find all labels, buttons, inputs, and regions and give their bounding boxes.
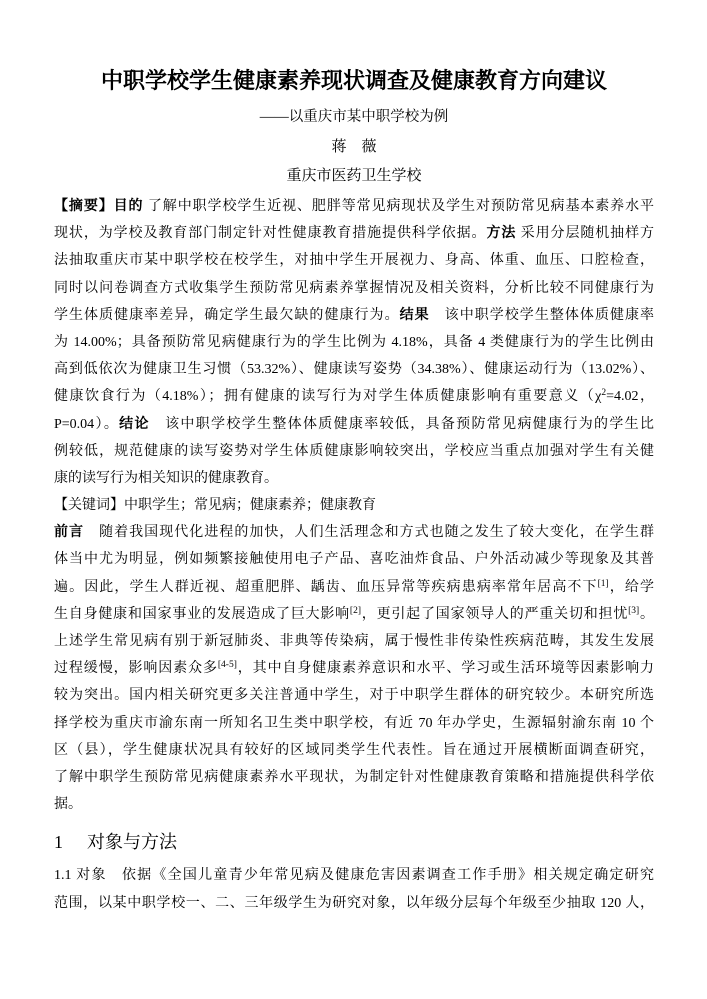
keywords-line: 【关键词】中职学生；常见病；健康素养；健康教育 [54,492,654,519]
text-line: 上述学生常见病有别于新冠肺炎、非典等传染病，属于慢性非传染性疾病范畴，其发生发展 [54,628,654,655]
text-line: 健康饮食行为（4.18%）；拥有健康的读写行为对学生体质健康影响有重要意义（χ2… [54,383,654,410]
text-run: ，更引起了国家领导人的严重关切和担忧 [361,607,628,622]
superscript-ref: [2] [350,606,361,616]
text-line: P=0.04）。结论 该中职学校学生整体体质健康率较低，具备预防常见病健康行为的… [54,411,654,438]
bold-label: 结果 [400,308,430,323]
text-line: 为 14.00%；具备预防常见病健康行为的学生比例为 4.18%，具备 4 类健… [54,329,654,356]
text-line: 择学校为重庆市渝东南一所知名卫生类中职学校，有近 70 年办学史，生源辐射渝东南… [54,710,654,737]
text-run: 上述学生常见病有别于新冠肺炎、非典等传染病，属于慢性非传染性疾病范畴，其发生发展 [54,634,654,649]
section-number: 1 [54,832,63,852]
text-run: 了解中职学生预防常见病健康素养水平现状，为制定针对性健康教育策略和措施提供科学依 [54,770,654,785]
text-run: =4.02， [606,389,654,404]
text-run: 了解中职学校学生近视、肥胖等常见病现状及学生对预防常见病基本素养水平 [143,199,654,214]
text-run: 1.1 对象 依据《全国儿童青少年常见病及健康危害因素调查工作手册》相关规定确定… [54,868,654,883]
text-run: 高到低依次为健康卫生习惯（53.32%）、健康读写姿势（34.38%）、健康运动… [54,362,654,377]
text-line: 区（县），学生健康状况具有较好的区域同类学生代表性。旨在通过开展横断面调查研究， [54,737,654,764]
text-run: 生自身健康和国家事业的发展造成了巨大影响 [54,607,350,622]
text-line: 康的读写行为相关知识的健康教育。 [54,465,654,492]
text-run: 康的读写行为相关知识的健康教育。 [54,471,278,486]
text-run: 同时以问卷调查方式收集学生预防常见病素养掌握情况及相关资料，分析比较不同健康行为 [54,281,654,296]
superscript-ref: [1] [598,579,609,589]
text-line: 较为突出。国内相关研究更多关注普通中学生，对于中职学生群体的研究较少。本研究所选 [54,682,654,709]
text-run: 择学校为重庆市渝东南一所知名卫生类中职学校，有近 70 年办学史，生源辐射渝东南… [54,716,654,731]
text-run: 区（县），学生健康状况具有较好的区域同类学生代表性。旨在通过开展横断面调查研究， [54,743,654,758]
author-name: 蒋 薇 [54,136,654,158]
author-affiliation: 重庆市医药卫生学校 [54,165,654,187]
text-run: 据。 [54,797,82,812]
bold-label: 【摘要】目的 [54,199,143,214]
text-run: 较为突出。国内相关研究更多关注普通中学生，对于中职学生群体的研究较少。本研究所选 [54,688,654,703]
text-run: 随着我国现代化进程的加快，人们生活理念和方式也随之发生了较大变化，在学生群 [84,525,654,540]
bold-label: 前言 [54,525,84,540]
text-line: 例较低，规范健康的读写姿势对学生体质健康影响较突出，学校应当重点加强对学生有关健 [54,438,654,465]
text-run: 体当中尤为明显，例如频繁接触使用电子产品、喜吃油炸食品、户外活动减少等现象及其普 [54,552,654,567]
text-line: 同时以问卷调查方式收集学生预防常见病素养掌握情况及相关资料，分析比较不同健康行为 [54,275,654,302]
bold-label: 方法 [486,226,516,241]
text-line: 1.1 对象 依据《全国儿童青少年常见病及健康危害因素调查工作手册》相关规定确定… [54,862,654,889]
text-line: 法抽取重庆市某中职学校在校学生，对抽中学生开展视力、身高、体重、血压、口腔检查， [54,247,654,274]
text-run: ，给学 [609,580,654,595]
text-line: 据。 [54,791,654,818]
paper-subtitle: ——以重庆市某中职学校为例 [54,106,654,128]
text-run: 采用分层随机抽样方 [516,226,654,241]
bold-label: 结论 [119,417,150,432]
text-run: 该中职学校学生整体体质健康率 [430,308,654,323]
text-run: 【关键词】中职学生；常见病；健康素养；健康教育 [54,498,376,513]
text-line: 体当中尤为明显，例如频繁接触使用电子产品、喜吃油炸食品、户外活动减少等现象及其普 [54,546,654,573]
paper-title: 中职学校学生健康素养现状调查及健康教育方向建议 [54,64,654,98]
text-line: 前言 随着我国现代化进程的加快，人们生活理念和方式也随之发生了较大变化，在学生群 [54,519,654,546]
text-run: 学生体质健康率差异，确定学生最欠缺的健康行为。 [54,308,400,323]
page-content: 中职学校学生健康素养现状调查及健康教育方向建议 ——以重庆市某中职学校为例 蒋 … [54,0,654,917]
text-run: 过程缓慢，影响因素众多 [54,661,218,676]
text-line: 学生体质健康率差异，确定学生最欠缺的健康行为。结果 该中职学校学生整体体质健康率 [54,302,654,329]
subsection-1-1-paragraph: 1.1 对象 依据《全国儿童青少年常见病及健康危害因素调查工作手册》相关规定确定… [54,862,654,916]
text-run: 为 14.00%；具备预防常见病健康行为的学生比例为 4.18%，具备 4 类健… [54,335,654,350]
text-run: 遍。因此，学生人群近视、超重肥胖、龋齿、血压异常等疾病患病率常年居高不下 [54,580,598,595]
superscript-ref: [3] [628,606,639,616]
text-run: 该中职学校学生整体体质健康率较低，具备预防常见病健康行为的学生比 [150,417,654,432]
text-line: 遍。因此，学生人群近视、超重肥胖、龋齿、血压异常等疾病患病率常年居高不下[1]，… [54,574,654,601]
text-line: 生自身健康和国家事业的发展造成了巨大影响[2]，更引起了国家领导人的严重关切和担… [54,601,654,628]
text-run: 例较低，规范健康的读写姿势对学生体质健康影响较突出，学校应当重点加强对学生有关健 [54,444,654,459]
text-run: 现状，为学校及教育部门制定针对性健康教育措施提供科学依据。 [54,226,486,241]
section-title: 对象与方法 [87,832,177,852]
text-run: 法抽取重庆市某中职学校在校学生，对抽中学生开展视力、身高、体重、血压、口腔检查， [54,253,654,268]
text-run: 范围，以某中职学校一、二、三年级学生为研究对象，以年级分层每个年级至少抽取 12… [54,896,654,911]
abstract-paragraph: 【摘要】目的 了解中职学校学生近视、肥胖等常见病现状及学生对预防常见病基本素养水… [54,193,654,492]
text-run: 。 [639,607,654,622]
text-run: 健康饮食行为（4.18%）；拥有健康的读写行为对学生体质健康影响有重要意义（χ [54,389,601,404]
text-line: 了解中职学生预防常见病健康素养水平现状，为制定针对性健康教育策略和措施提供科学依 [54,764,654,791]
text-line: 范围，以某中职学校一、二、三年级学生为研究对象，以年级分层每个年级至少抽取 12… [54,890,654,917]
section-heading-1: 1对象与方法 [54,828,654,856]
text-run: ，其中自身健康素养意识和水平、学习或生活环境等因素影响力 [237,661,654,676]
document-page: 中职学校学生健康素养现状调查及健康教育方向建议 ——以重庆市某中职学校为例 蒋 … [0,0,707,999]
text-line: 高到低依次为健康卫生习惯（53.32%）、健康读写姿势（34.38%）、健康运动… [54,356,654,383]
text-line: 现状，为学校及教育部门制定针对性健康教育措施提供科学依据。方法 采用分层随机抽样… [54,220,654,247]
superscript-ref: [4-5] [218,660,237,670]
text-run: P=0.04）。 [54,417,119,432]
introduction-paragraph: 前言 随着我国现代化进程的加快，人们生活理念和方式也随之发生了较大变化，在学生群… [54,519,654,818]
text-line: 【关键词】中职学生；常见病；健康素养；健康教育 [54,492,654,519]
text-line: 【摘要】目的 了解中职学校学生近视、肥胖等常见病现状及学生对预防常见病基本素养水… [54,193,654,220]
text-line: 过程缓慢，影响因素众多[4-5]，其中自身健康素养意识和水平、学习或生活环境等因… [54,655,654,682]
